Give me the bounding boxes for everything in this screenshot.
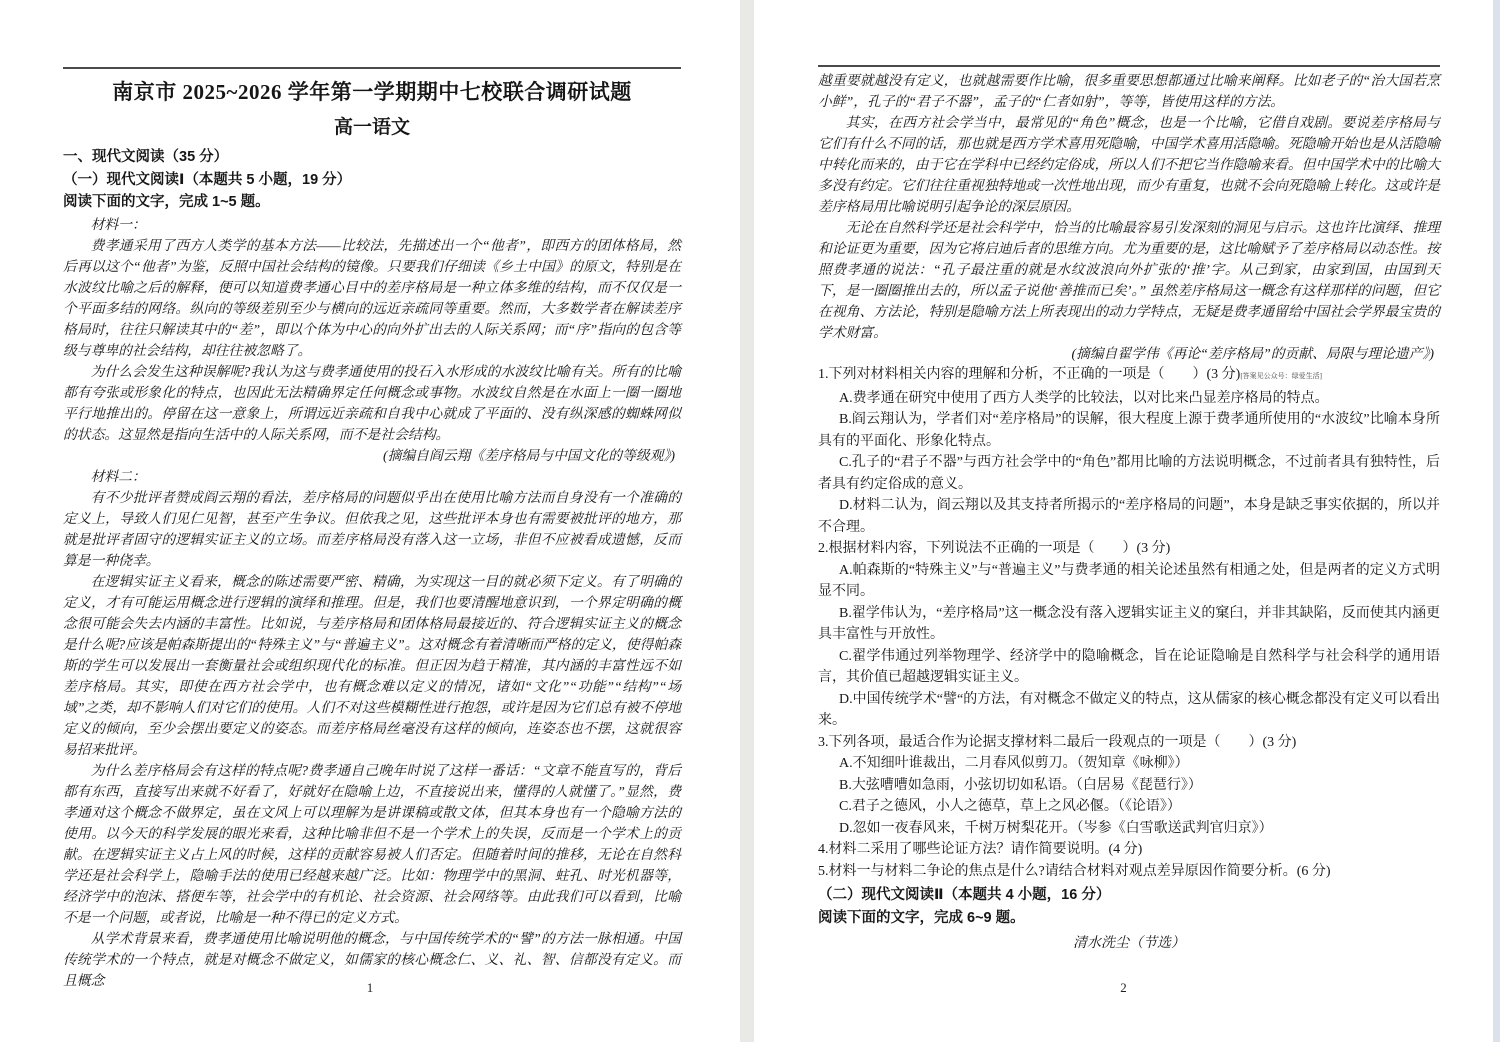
question-1-stem: 1.下列对材料相关内容的理解和分析，不正确的一项是（ ）(3 分)[答案见公众号… [818, 364, 1440, 388]
section-heading-2: （二）现代文阅读Ⅱ（本题共 4 小题，16 分） [818, 884, 1440, 907]
material-2-label: 材料二： [63, 466, 681, 487]
material-1-paragraph: 费孝通采用了西方人类学的基本方法——比较法，先描述出一个“他者”，即西方的团体格… [63, 235, 681, 361]
page-number-1: 1 [0, 980, 740, 996]
document-title: 南京市 2025~2026 学年第一学期期中七校联合调研试题 [63, 79, 681, 106]
question-1-option-d: D.材料二认为，阎云翔以及其支持者所揭示的“差序格局的问题”，本身是缺乏事实依据… [818, 495, 1440, 538]
question-2-option-c: C.翟学伟通过列举物理学、经济学中的隐喻概念，旨在论证隐喻是自然科学与社会科学的… [818, 646, 1440, 689]
document-subtitle: 高一语文 [63, 115, 681, 140]
question-5-stem: 5.材料一与材料二争论的焦点是什么?请结合材料对观点差异原因作简要分析。(6 分… [818, 861, 1440, 883]
question-2-stem: 2.根据材料内容，下列说法不正确的一项是（ ）(3 分) [818, 538, 1440, 560]
page-gap-divider [740, 0, 754, 1042]
material-2-continued-paragraph: 越重要就越没有定义，也就越需要作比喻，很多重要思想都通过比喻来阐释。比如老子的“… [818, 70, 1440, 112]
question-1-text: 1.下列对材料相关内容的理解和分析，不正确的一项是（ ）(3 分) [818, 367, 1240, 382]
question-1-option-c: C.孔子的“君子不器”与西方社会学中的“角色”都用比喻的方法说明概念，不过前者具… [818, 452, 1440, 495]
material-2-paragraph: 其实，在西方社会学当中，最常见的“角色”概念，也是一个比喻，它借自戏剧。要说差序… [818, 112, 1440, 217]
question-1-option-b: B.阎云翔认为，学者们对“差序格局”的误解，很大程度上源于费孝通所使用的“水波纹… [818, 409, 1440, 452]
section-heading-1: 一、现代文阅读（35 分） [63, 146, 681, 169]
question-2-option-b: B.翟学伟认为，“差序格局”这一概念没有落入逻辑实证主义的窠臼，并非其缺陷，反而… [818, 603, 1440, 646]
scrollbar[interactable] [1493, 0, 1500, 1042]
question-3-option-a: A.不知细叶谁裁出，二月春风似剪刀。（贺知章《咏柳》） [818, 753, 1440, 775]
passage-title: 清水洗尘（节选） [818, 933, 1440, 954]
section-heading-1a: （一）现代文阅读Ⅰ（本题共 5 小题，19 分） [63, 169, 681, 192]
question-3-option-d: D.忽如一夜春风来，千树万树梨花开。（岑参《白雪歌送武判官归京》） [818, 818, 1440, 840]
question-3-option-c: C.君子之德风，小人之德草，草上之风必偃。（《论语》） [818, 796, 1440, 818]
reading-instruction-1: 阅读下面的文字，完成 1~5 题。 [63, 191, 681, 214]
material-2-paragraph: 无论在自然科学还是社会科学中，恰当的比喻最容易引发深刻的洞见与启示。这也许比演绎… [818, 217, 1440, 343]
material-2-paragraph: 为什么差序格局会有这样的特点呢?费孝通自己晚年时说了这样一番话：“文章不能直写的… [63, 760, 681, 928]
exam-page-1: 南京市 2025~2026 学年第一学期期中七校联合调研试题 高一语文 一、现代… [0, 0, 740, 1042]
question-3-option-b: B.大弦嘈嘈如急雨，小弦切切如私语。（白居易《琵琶行》） [818, 775, 1440, 797]
material-2-source: (摘编自翟学伟《再论“差序格局”的贡献、局限与理论遗产》) [818, 343, 1440, 364]
material-1-paragraph: 为什么会发生这种误解呢?我认为这与费孝通使用的投石入水形成的水波纹比喻有关。所有… [63, 361, 681, 445]
exam-page-2: 越重要就越没有定义，也就越需要作比喻，很多重要思想都通过比喻来阐释。比如老子的“… [754, 0, 1493, 1042]
question-4-stem: 4.材料二采用了哪些论证方法？请作简要说明。(4 分) [818, 839, 1440, 861]
material-1-source: (摘编自阎云翔《差序格局与中国文化的等级观》) [63, 445, 681, 466]
material-2-paragraph: 在逻辑实证主义看来，概念的陈述需要严密、精确，为实现这一目的就必须下定义。有了明… [63, 571, 681, 760]
page-top-rule [818, 65, 1440, 67]
reading-instruction-2: 阅读下面的文字，完成 6~9 题。 [818, 907, 1440, 930]
question-2-option-d: D.中国传统学术“譬“的方法，有对概念不做定义的特点，这从儒家的核心概念都没有定… [818, 689, 1440, 732]
page-top-rule [63, 67, 681, 69]
question-1-option-a: A.费孝通在研究中使用了西方人类学的比较法，以对比来凸显差序格局的特点。 [818, 388, 1440, 410]
question-3-stem: 3.下列各项，最适合作为论据支撑材料二最后一段观点的一项是（ ）(3 分) [818, 732, 1440, 754]
material-1-label: 材料一： [63, 214, 681, 235]
page-number-2: 2 [754, 980, 1493, 996]
material-2-paragraph: 有不少批评者赞成阎云翔的看法，差序格局的问题似乎出在使用比喻方法而自身没有一个准… [63, 487, 681, 571]
question-2-option-a: A.帕森斯的“特殊主义”与“普遍主义”与费孝通的相关论述虽然有相通之处，但是两者… [818, 560, 1440, 603]
answer-watermark-note: [答案见公众号：绿爱生活] [1240, 372, 1322, 380]
